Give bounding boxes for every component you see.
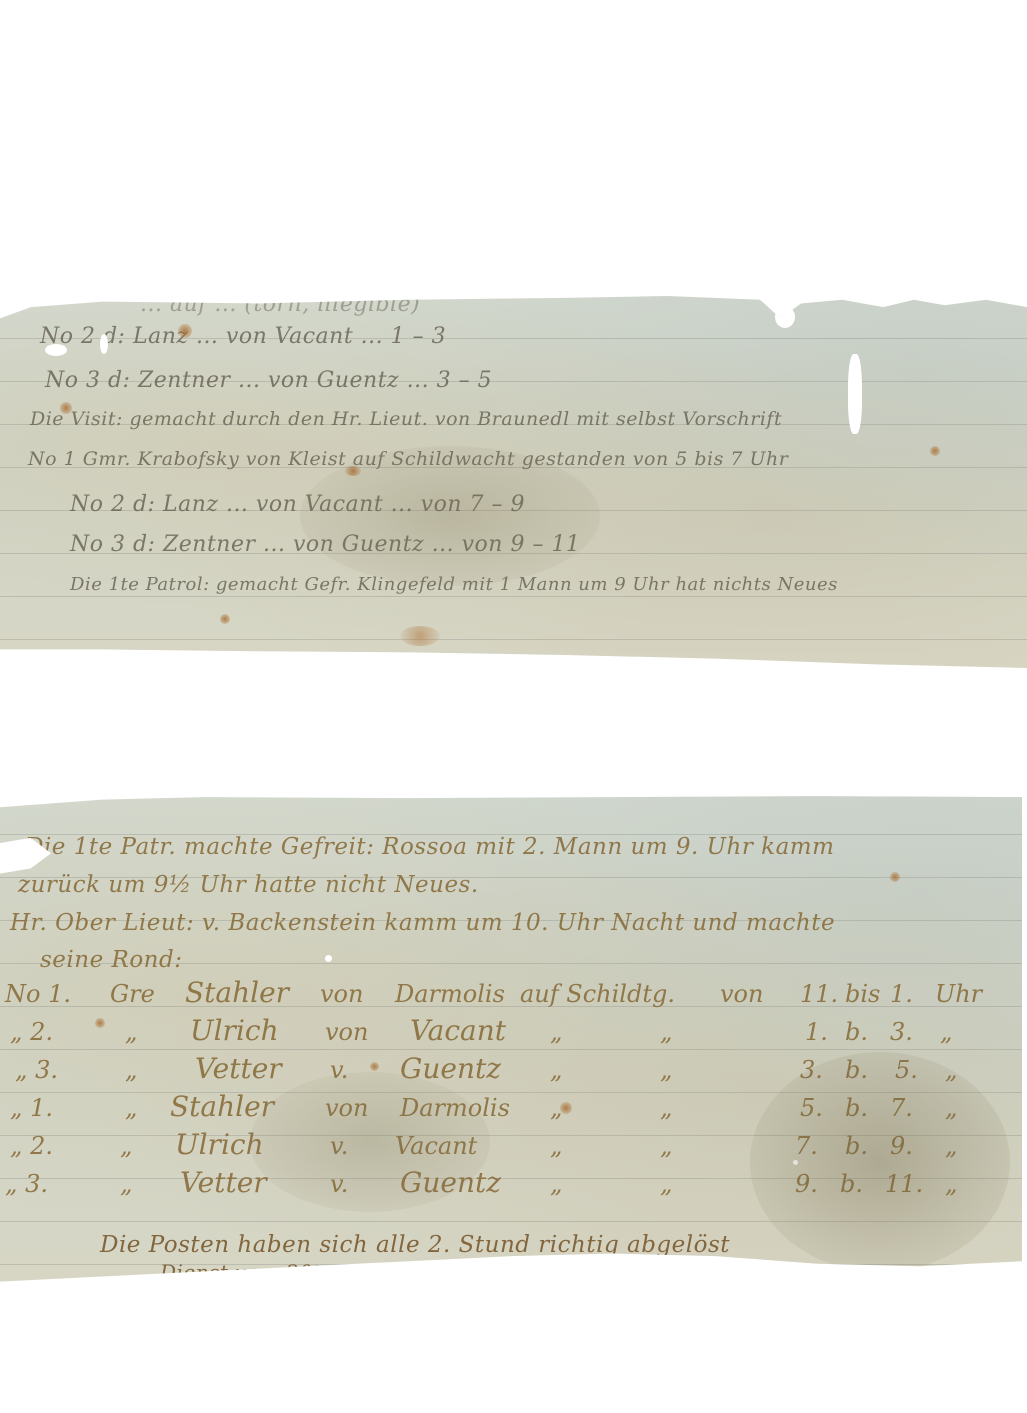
roster-rank: „ [120, 1132, 132, 1160]
roster-rank: „ [125, 1056, 137, 1084]
roster-rank: Gre [110, 980, 155, 1008]
roster-ditto: „ [660, 1018, 672, 1046]
roster-post: „ [550, 1018, 562, 1046]
roster-unit: Uhr [935, 980, 982, 1008]
foxing-spot [178, 324, 192, 338]
foxing-spot [400, 626, 440, 646]
roster-no: „ 1. [10, 1094, 53, 1122]
roster-from: 1. [805, 1018, 828, 1046]
roster-ditto: „ [660, 1056, 672, 1084]
roster-no: „ 2. [10, 1132, 53, 1160]
paper-tear [848, 354, 862, 434]
roster-post: „ [550, 1056, 562, 1084]
roster-from: 11. [800, 980, 838, 1008]
stain [250, 1072, 490, 1212]
roster-sep: b. [845, 1018, 868, 1046]
closing-line: Die Posten haben sich alle 2. Stund rich… [100, 1232, 730, 1258]
log-line: Die 1te Patr. machte Gefreit: Rossoa mit… [25, 834, 834, 860]
roster-post: „ [550, 1132, 562, 1160]
roster-name: Vetter [180, 1166, 267, 1199]
roster-no: „ 2. [10, 1018, 53, 1046]
roster-no: „ 3. [15, 1056, 58, 1084]
stain [750, 1052, 1010, 1272]
roster-unit: „ [940, 1018, 952, 1046]
roster-time-prefix: von [720, 980, 763, 1008]
foxing-spot [95, 1018, 105, 1028]
roster-rank: „ [125, 1094, 137, 1122]
roster-ditto: „ [660, 1094, 672, 1122]
stain [300, 446, 600, 586]
paper-hole [325, 955, 332, 962]
log-line: No 3 d: Zentner ... von Guentz ... 3 – 5 [45, 368, 492, 393]
log-line: Hr. Ober Lieut: v. Backenstein kamm um 1… [10, 910, 835, 936]
paper-tear [775, 306, 795, 328]
torn-partial-line: ... auf ... (torn, illegible) [140, 292, 420, 317]
paper-hole [100, 334, 108, 354]
roster-name: Stahler [185, 976, 289, 1009]
document-fragment-top: ... auf ... (torn, illegible) No 2 d: La… [0, 296, 1027, 668]
roster-post: auf Schildtg. [520, 980, 675, 1008]
foxing-spot [930, 446, 940, 456]
roster-ditto: „ [660, 1132, 672, 1160]
roster-von: von [325, 1018, 368, 1046]
roster-rank: „ [125, 1018, 137, 1046]
roster-to: 1. [890, 980, 913, 1008]
log-line: seine Rond: [40, 947, 182, 973]
foxing-spot [220, 614, 230, 624]
roster-no: No 1. [5, 980, 71, 1008]
foxing-spot [370, 1062, 379, 1071]
roster-name: Vetter [195, 1052, 282, 1085]
foxing-spot [560, 1102, 572, 1114]
roster-company: Darmolis [395, 980, 505, 1008]
roster-company: Vacant [410, 1014, 506, 1047]
paper-hole [45, 344, 67, 356]
roster-post: „ [550, 1170, 562, 1198]
log-line: Die Visit: gemacht durch den Hr. Lieut. … [30, 408, 782, 430]
document-fragment-bottom: Die 1te Patr. machte Gefreit: Rossoa mit… [0, 792, 1022, 1302]
roster-name: Ulrich [190, 1014, 279, 1047]
log-line: zurück um 9½ Uhr hatte nicht Neues. [18, 872, 479, 898]
roster-sep: bis [845, 980, 880, 1008]
roster-rank: „ [120, 1170, 132, 1198]
roster-to: 3. [890, 1018, 913, 1046]
closing-line: Dienst vom 20ten M. ... (torn) [160, 1260, 477, 1284]
roster-no: „ 3. [5, 1170, 48, 1198]
roster-ditto: „ [660, 1170, 672, 1198]
roster-von: von [320, 980, 363, 1008]
foxing-spot [60, 402, 72, 414]
foxing-spot [890, 872, 900, 882]
